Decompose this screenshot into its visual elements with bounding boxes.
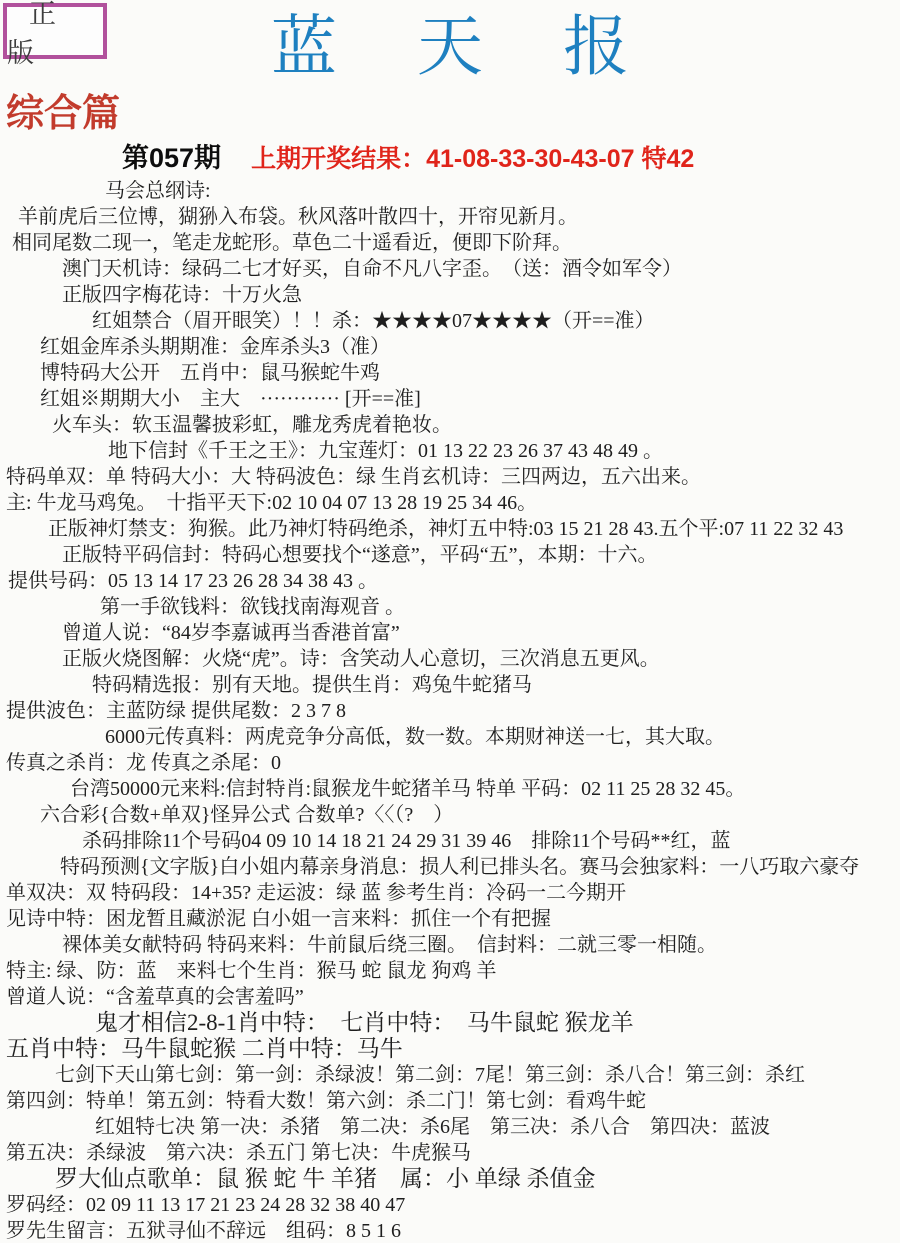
text-line: 主: 牛龙马鸡兔。 十指平天下:02 10 04 07 13 28 19 25 … bbox=[0, 490, 900, 516]
text-line: 鬼才相信2-8-1肖中特： 七肖中特： 马牛鼠蛇 猴龙羊 bbox=[0, 1010, 900, 1036]
text-line: 见诗中特：困龙暂且藏淤泥 白小姐一言来料：抓住一个有把握 bbox=[0, 906, 900, 932]
text-line: 第一手欲钱料：欲钱找南海观音 。 bbox=[0, 594, 900, 620]
text-line: 特码单双：单 特码大小：大 特码波色：绿 生肖玄机诗：三四两边，五六出来。 bbox=[0, 464, 900, 490]
text-line: 第四剑：特单！第五剑：特看大数！第六剑：杀二门！第七剑：看鸡牛蛇 bbox=[0, 1088, 900, 1114]
text-line: 红姐特七决 第一决：杀猪 第二决：杀6尾 第三决：杀八合 第四决：蓝波 bbox=[0, 1114, 900, 1140]
issue-row: 第057期 上期开奖结果：41-08-33-30-43-07 特42 bbox=[122, 136, 694, 175]
text-line: 澳门天机诗：绿码二七才好买，自命不凡八字歪。 （送：酒令如军令） bbox=[0, 256, 900, 282]
text-line: 罗先生留言：五狱寻仙不辞远 组码：8 5 1 6 bbox=[0, 1218, 900, 1243]
text-line: 曾道人说：“含羞草真的会害羞吗” bbox=[0, 984, 900, 1010]
text-line: 单双决：双 特码段：14+35? 走运波：绿 蓝 参考生肖：冷码一二今期开 bbox=[0, 880, 900, 906]
text-line: 正版特平码信封：特码心想要找个“遂意”，平码“五”，本期：十六。 bbox=[0, 542, 900, 568]
text-line: 正版火烧图解：火烧“虎”。诗：含笑动人心意切，三次消息五更风。 bbox=[0, 646, 900, 672]
text-line: 地下信封《千王之王》：九宝莲灯：01 13 22 23 26 37 43 48 … bbox=[0, 438, 900, 464]
text-line: 七剑下天山第七剑：第一剑：杀绿波！第二剑：7尾！第三剑：杀八合！第三剑：杀红 bbox=[0, 1062, 900, 1088]
text-line: 第五决：杀绿波 第六决：杀五门 第七决：牛虎猴马 bbox=[0, 1140, 900, 1166]
section-title: 综合篇 bbox=[6, 92, 120, 136]
text-line: 罗大仙点歌单：鼠 猴 蛇 牛 羊猪 属：小 单绿 杀值金 bbox=[0, 1166, 900, 1192]
text-line: 罗码经：02 09 11 13 17 21 23 24 28 32 38 40 … bbox=[0, 1192, 900, 1218]
text-line: 相同尾数二现一，笔走龙蛇形。草色二十遥看近，便即下阶拜。 bbox=[0, 230, 900, 256]
page-header: 正版 蓝天报 综合篇 第057期 上期开奖结果：41-08-33-30-43-0… bbox=[0, 0, 900, 178]
text-line: 火车头：软玉温馨披彩虹，雕龙秀虎着艳妆。 bbox=[0, 412, 900, 438]
text-line: 马会总纲诗: bbox=[0, 178, 900, 204]
text-line: 正版神灯禁支：狗猴。此乃神灯特码绝杀，神灯五中特:03 15 21 28 43.… bbox=[0, 516, 900, 542]
text-line: 台湾50000元来料:信封特肖:鼠猴龙牛蛇猪羊马 特单 平码：02 11 25 … bbox=[0, 776, 900, 802]
text-line: 羊前虎后三位博，猢狲入布袋。秋风落叶散四十，开帘见新月。 bbox=[0, 204, 900, 230]
text-line: 红姐金库杀头期期准：金库杀头3（准） bbox=[0, 334, 900, 360]
text-line: 杀码排除11个号码04 09 10 14 18 21 24 29 31 39 4… bbox=[0, 828, 900, 854]
text-line: 曾道人说：“84岁李嘉诚再当香港首富” bbox=[0, 620, 900, 646]
text-line: 传真之杀肖：龙 传真之杀尾：0 bbox=[0, 750, 900, 776]
issue-number: 第057期 bbox=[122, 136, 221, 175]
text-line: 五肖中特：马牛鼠蛇猴 二肖中特：马牛 bbox=[0, 1036, 900, 1062]
body-lines: 马会总纲诗:羊前虎后三位博，猢狲入布袋。秋风落叶散四十，开帘见新月。相同尾数二现… bbox=[0, 178, 900, 1243]
page-title: 蓝天报 bbox=[0, 2, 900, 94]
text-line: 提供波色：主蓝防绿 提供尾数：2 3 7 8 bbox=[0, 698, 900, 724]
text-line: 裸体美女献特码 特码来料：牛前鼠后绕三圈。 信封料：二就三零一相随。 bbox=[0, 932, 900, 958]
text-line: 特码精选报：别有天地。提供生肖：鸡兔牛蛇猪马 bbox=[0, 672, 900, 698]
last-draw-result: 上期开奖结果：41-08-33-30-43-07 特42 bbox=[251, 139, 694, 175]
text-line: 红姐禁合（眉开眼笑）！！杀：★★★★07★★★★（开==准） bbox=[0, 308, 900, 334]
text-line: 6000元传真料：两虎竞争分高低，数一数。本期财神送一七，其大取。 bbox=[0, 724, 900, 750]
text-line: 博特码大公开 五肖中：鼠马猴蛇牛鸡 bbox=[0, 360, 900, 386]
text-line: 提供号码：05 13 14 17 23 26 28 34 38 43 。 bbox=[0, 568, 900, 594]
text-line: 红姐※期期大小 主大 ············ [开==准] bbox=[0, 386, 900, 412]
text-line: 特码预测{文字版}白小姐内幕亲身消息：损人利已排头名。赛马会独家料：一八巧取六豪… bbox=[0, 854, 900, 880]
text-line: 六合彩{合数+单双}怪异公式 合数单?〈〈（? ） bbox=[0, 802, 900, 828]
text-line: 特主: 绿、防：蓝 来料七个生肖：猴马 蛇 鼠龙 狗鸡 羊 bbox=[0, 958, 900, 984]
text-line: 正版四字梅花诗：十万火急 bbox=[0, 282, 900, 308]
